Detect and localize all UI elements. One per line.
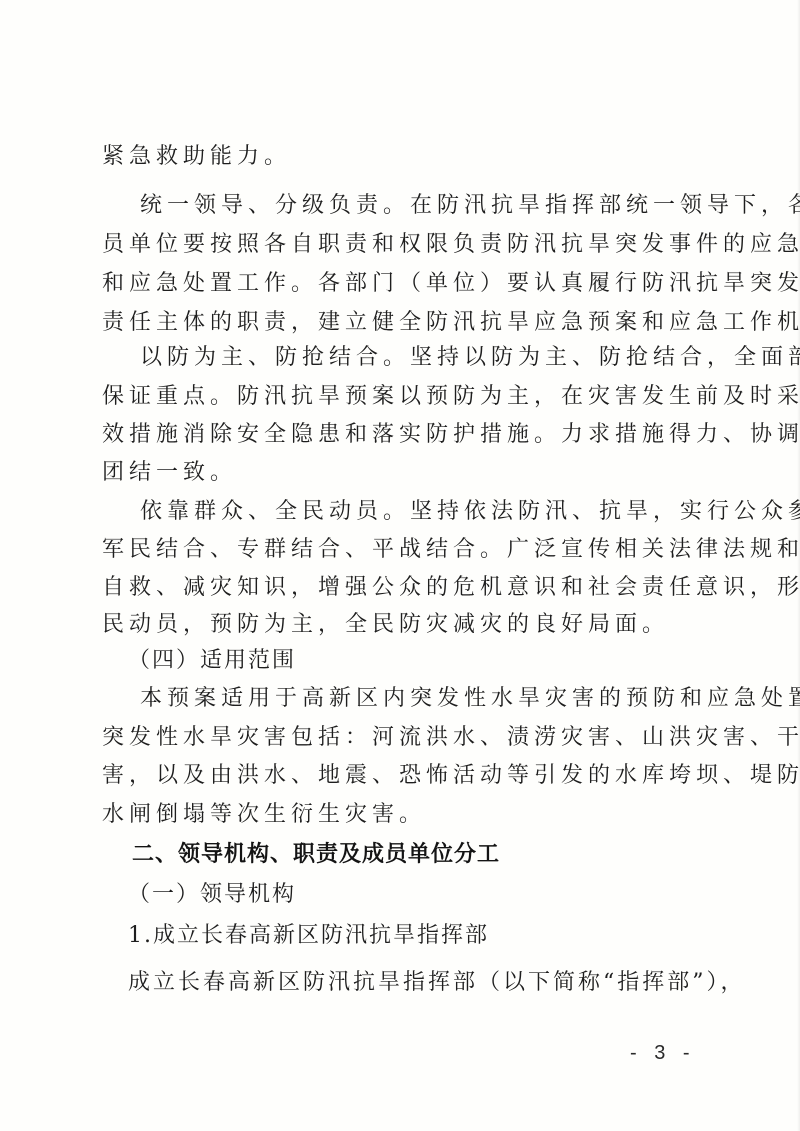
numbered-item-1: 1.成立长春高新区防汛抗旱指挥部 bbox=[128, 917, 733, 955]
paragraph-line: 紧急救助能力。 bbox=[102, 138, 707, 176]
paragraph-line: 本预案适用于高新区内突发性水旱灾害的预防和应急处置。 bbox=[140, 680, 707, 718]
paragraph-line: 突发性水旱灾害包括：河流洪水、渍涝灾害、山洪灾害、干旱灾 bbox=[102, 719, 707, 757]
paragraph-line: 团结一致。 bbox=[102, 454, 707, 492]
paragraph-line: 军民结合、专群结合、平战结合。广泛宣传相关法律法规和避险、 bbox=[102, 531, 707, 569]
paragraph-line: 害，以及由洪水、地震、恐怖活动等引发的水库垮坝、堤防决口、 bbox=[102, 757, 707, 795]
principle-mobilization-line: 依靠群众、全民动员。坚持依法防汛、抗旱，实行公众参与、 bbox=[140, 493, 707, 531]
paragraph-line: 水闸倒塌等次生衍生灾害。 bbox=[102, 796, 707, 834]
paragraph-line: 自救、减灾知识，增强公众的危机意识和社会责任意识，形成全 bbox=[102, 569, 707, 607]
paragraph-line: 民动员，预防为主，全民防灾减灾的良好局面。 bbox=[102, 606, 707, 644]
paragraph-line: 员单位要按照各自职责和权限负责防汛抗旱突发事件的应急管理 bbox=[102, 226, 707, 264]
paragraph-line: 成立长春高新区防汛抗旱指挥部（以下简称“指挥部”）， bbox=[128, 964, 708, 1002]
section-heading-scope: （四）适用范围 bbox=[128, 642, 733, 680]
page-number: - 3 - bbox=[630, 1042, 730, 1065]
paragraph-line: 和应急处置工作。各部门（单位）要认真履行防汛抗旱突发事件 bbox=[102, 265, 707, 303]
principle-prevention-line: 以防为主、防抢结合。坚持以防为主、防抢结合，全面部署、 bbox=[140, 339, 707, 377]
section-heading-leading-body: （一）领导机构 bbox=[128, 876, 733, 914]
paragraph-line: 效措施消除安全隐患和落实防护措施。力求措施得力、协调统一、 bbox=[102, 416, 707, 454]
principle-unified-leadership-line: 统一领导、分级负责。在防汛抗旱指挥部统一领导下，各成 bbox=[140, 187, 707, 225]
paragraph-line: 责任主体的职责，建立健全防汛抗旱应急预案和应急工作机制。 bbox=[102, 304, 707, 342]
paragraph-line: 保证重点。防汛抗旱预案以预防为主，在灾害发生前及时采取有 bbox=[102, 378, 707, 416]
document-page: 紧急救助能力。 统一领导、分级负责。在防汛抗旱指挥部统一领导下，各成 员单位要按… bbox=[0, 0, 800, 1131]
chapter-heading-leadership: 二、领导机构、职责及成员单位分工 bbox=[132, 836, 737, 874]
